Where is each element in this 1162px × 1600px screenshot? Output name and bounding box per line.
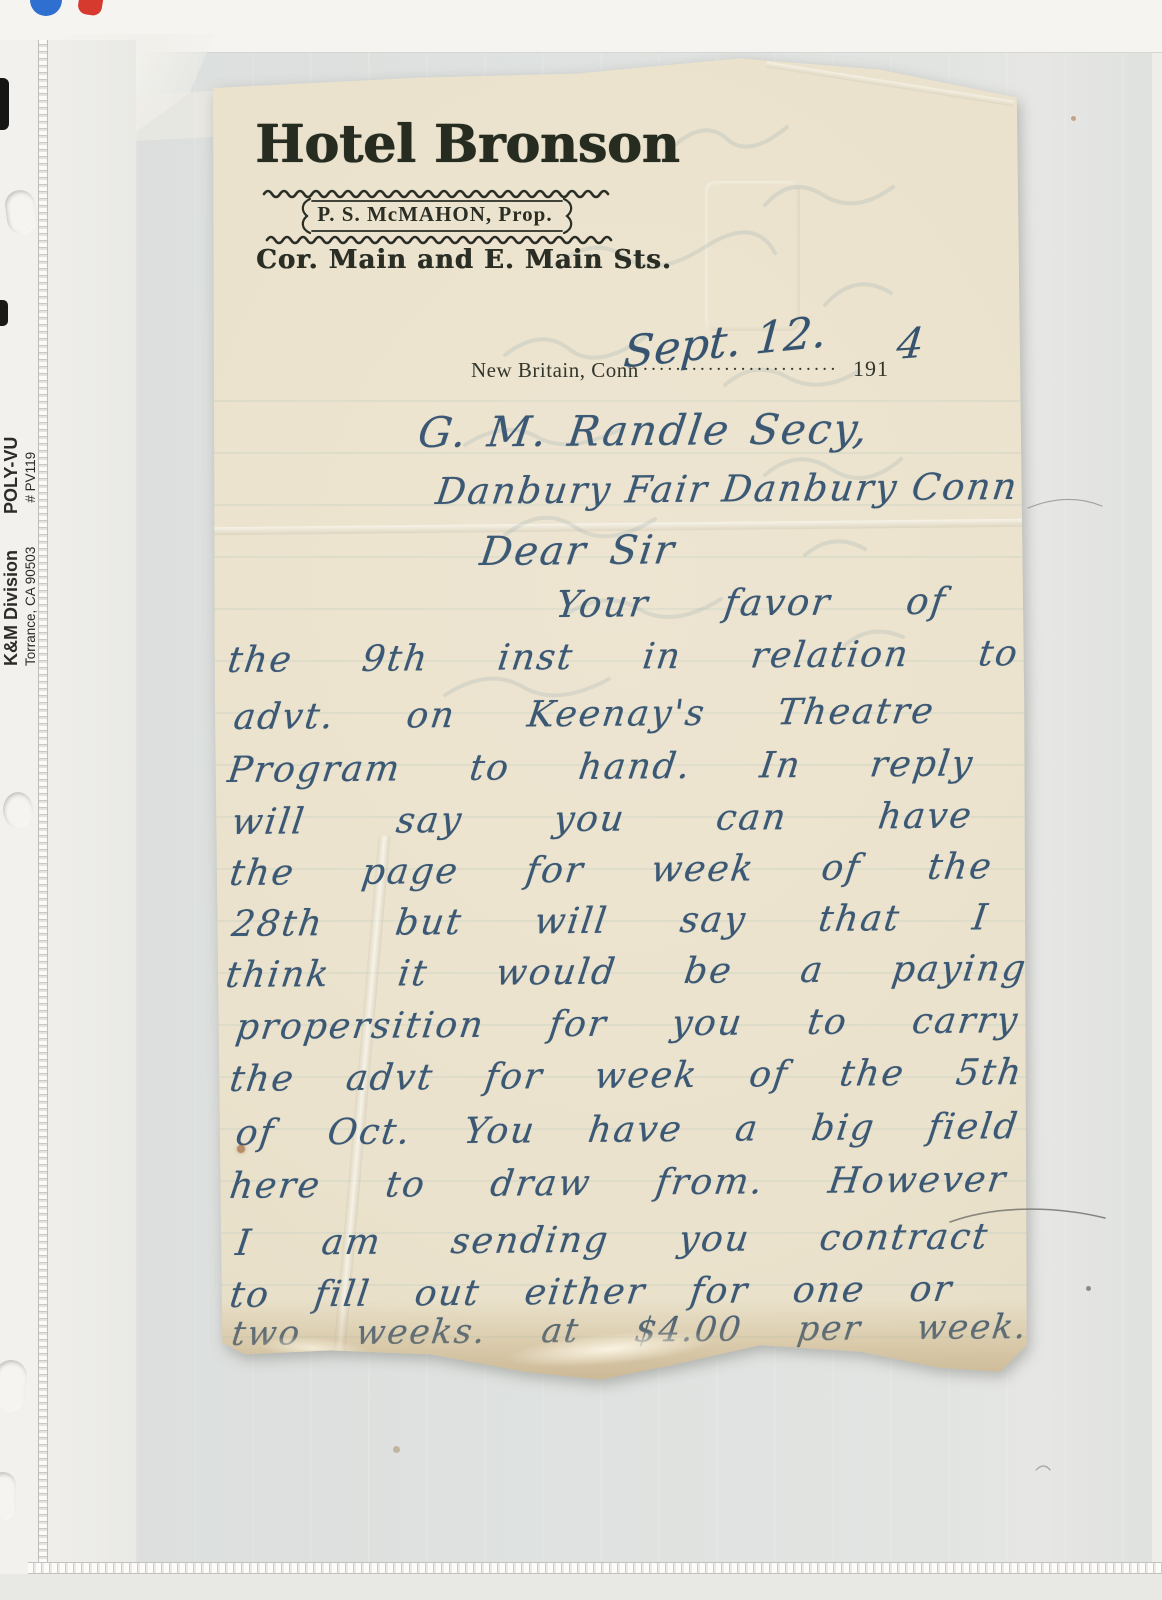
- sleeve-address-text: Torrance, CA 90503: [21, 547, 40, 666]
- handwritten-line: of Oct. You have a big field: [233, 1104, 1022, 1156]
- sleeve-label-row-1: K&M Division POLY-VU: [2, 326, 21, 666]
- black-mark: [0, 300, 8, 326]
- letterhead-address: Cor. Main and E. Main Sts.: [256, 245, 608, 275]
- sleeve-label-row-2: Torrance, CA 90503 # PV119: [21, 326, 40, 666]
- handwritten-line: I am sending you contract: [233, 1214, 992, 1266]
- letter-paper-wrap: Hotel Bronson P. S. McMAHON, Prop. Cor. …: [205, 55, 1030, 1385]
- handwritten-line: here to draw from. However: [227, 1157, 1010, 1209]
- crease: [766, 61, 1014, 106]
- handwritten-line: the advt for week of the 5th: [227, 1050, 1026, 1102]
- binder-hole: [3, 792, 33, 828]
- speck: [393, 1446, 400, 1453]
- letter-photo: K&M Division POLY-VU Torrance, CA 90503 …: [0, 0, 1162, 1600]
- black-mark: [0, 78, 9, 130]
- handwritten-line: 28th but will say that I: [229, 895, 992, 947]
- speck: [1086, 1286, 1091, 1291]
- handwritten-line: advt. on Keenay's Theatre: [231, 689, 938, 740]
- handwritten-line: Your favor of: [553, 579, 950, 629]
- handwritten-line: the 9th inst in relation to: [225, 631, 1022, 683]
- handwritten-line: will say you can have: [229, 794, 976, 845]
- letter-paper: Hotel Bronson P. S. McMAHON, Prop. Cor. …: [205, 55, 1030, 1385]
- dateline-city: New Britain, Conn: [471, 358, 639, 383]
- logo-fragment-red: [77, 0, 105, 17]
- sleeve-brand-text: K&M Division: [2, 550, 21, 666]
- handwritten-line: the page for week of the: [227, 844, 996, 896]
- sleeve-right-edge: [1152, 48, 1162, 1574]
- letterhead-proprietor: P. S. McMAHON, Prop.: [315, 202, 555, 227]
- handwritten-year-digit: 4: [894, 318, 926, 369]
- speck: [1071, 116, 1076, 121]
- sleeve-bottom-edge: [0, 1574, 1162, 1600]
- embossed-seal: [705, 181, 800, 331]
- handwritten-line: Danbury Fair Danbury Conn: [433, 464, 1020, 515]
- sleeve-label: K&M Division POLY-VU Torrance, CA 90503 …: [2, 326, 40, 666]
- handwritten-line: propersition for you to carry: [233, 998, 1022, 1050]
- dateline-year-prefix: 191: [853, 356, 889, 382]
- sleeve-seam-vertical: [38, 40, 48, 1570]
- sleeve-product-text: POLY-VU: [2, 437, 21, 514]
- logo-fragment-blue: [30, 0, 62, 16]
- handwritten-line: Dear Sir: [477, 525, 679, 577]
- stain: [237, 1145, 245, 1153]
- handwritten-line: think it would be a paying: [223, 946, 1030, 998]
- sleeve-part-number: # PV119: [21, 452, 40, 503]
- binder-hole: [0, 1472, 16, 1520]
- sleeve-seam-bottom: [28, 1562, 1162, 1574]
- handwritten-line: G. M. Randle Secy,: [415, 403, 872, 459]
- handwritten-line: Program to hand. In reply: [225, 742, 977, 793]
- letterhead-hotel-name: Hotel Bronson: [255, 119, 620, 171]
